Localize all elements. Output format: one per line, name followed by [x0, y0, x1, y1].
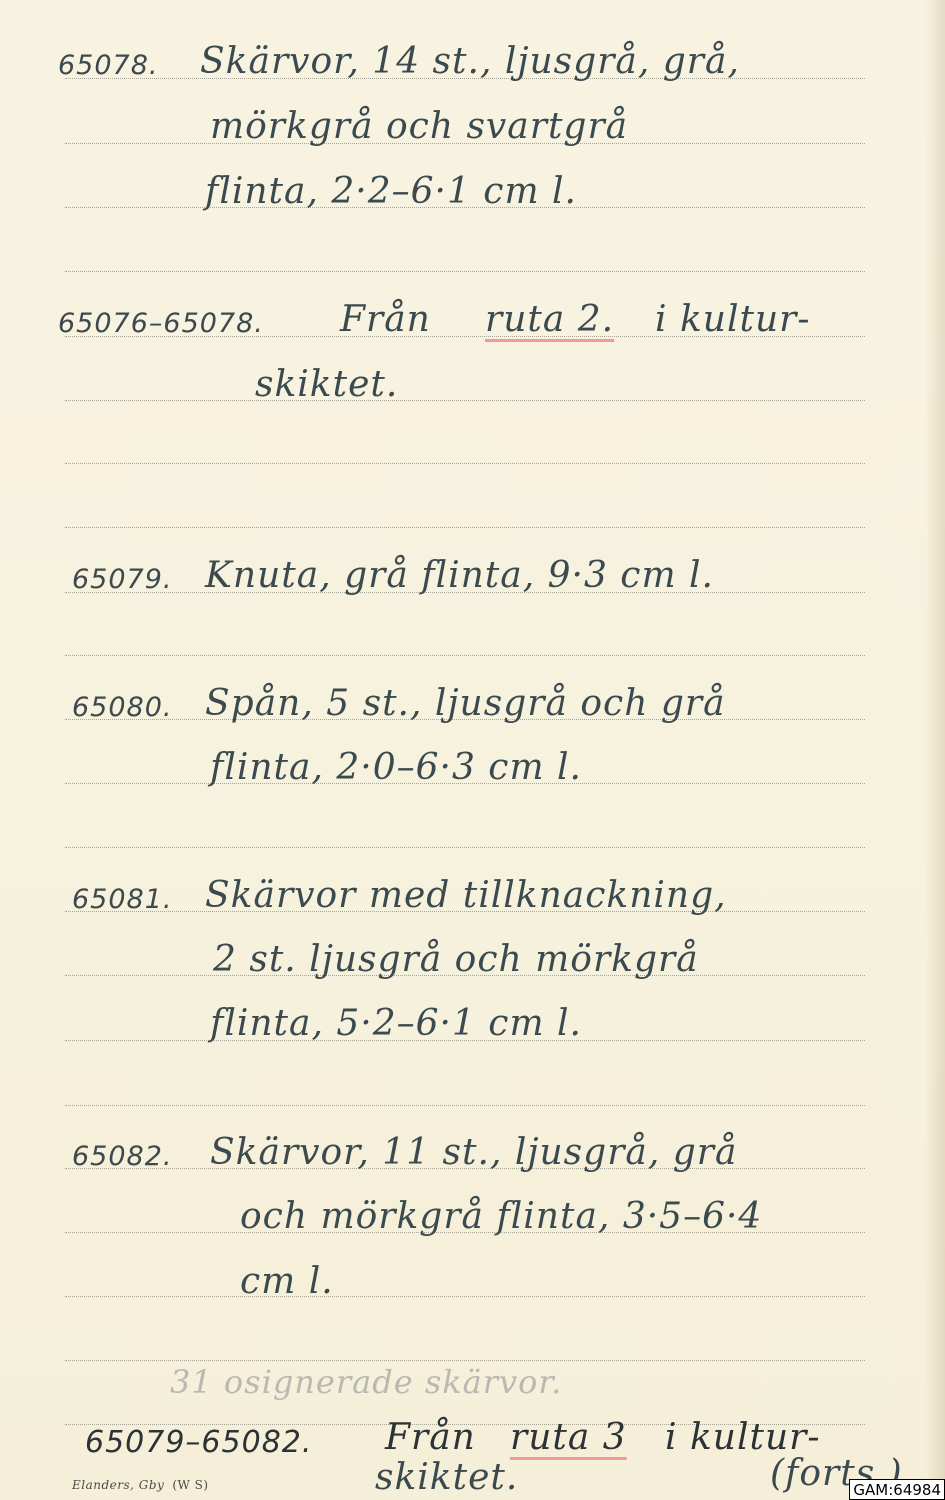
entry-line: flinta, 5·2–6·1 cm l. [210, 1006, 582, 1042]
highlighted-location: ruta 2. [485, 302, 614, 338]
entry-line: cm l. [240, 1264, 334, 1300]
printer-code: (W S) [172, 1478, 208, 1492]
ruled-line [65, 271, 865, 272]
entry-line: Spån, 5 st., ljusgrå och grå [205, 686, 726, 722]
pencil-note: 31 osignerade skärvor. [170, 1366, 562, 1398]
entry-line: i kultur- [655, 302, 811, 338]
catalogue-number: 65080. [72, 694, 172, 721]
catalogue-number: 65079. [72, 566, 172, 593]
entry-line: och mörkgrå flinta, 3·5–6·4 [240, 1199, 762, 1235]
printer-name: Elanders, Gby [72, 1478, 164, 1492]
entry-line: flinta, 2·0–6·3 cm l. [210, 750, 582, 786]
catalogue-number: 65082. [72, 1143, 172, 1170]
ruled-line [65, 527, 865, 528]
catalogue-number: 65079–65082. [85, 1428, 312, 1458]
entry-line: Från [385, 1420, 476, 1456]
entry-line: Skärvor, 14 st., ljusgrå, grå, [200, 44, 740, 80]
catalogue-number: 65081. [72, 886, 172, 913]
entry-line: Skärvor med tillknackning, [205, 878, 727, 914]
entry-line: mörkgrå och svartgrå [210, 109, 628, 145]
catalogue-number: 65076–65078. [58, 310, 264, 337]
ruled-line [65, 463, 865, 464]
printer-mark: Elanders, Gby(W S) [72, 1478, 209, 1492]
entry-line: skiktet. [255, 367, 398, 403]
catalogue-card: 65078. Skärvor, 14 st., ljusgrå, grå, mö… [0, 0, 945, 1500]
ruled-line [65, 847, 865, 848]
entry-line: Från [340, 302, 431, 338]
entry-line: flinta, 2·2–6·1 cm l. [205, 174, 577, 210]
highlighted-location: ruta 3 [510, 1420, 627, 1456]
entry-line: skiktet. [375, 1460, 518, 1496]
catalogue-number: 65078. [58, 52, 158, 79]
ruled-line [65, 1105, 865, 1106]
ruled-line [65, 1296, 865, 1297]
entry-line: Skärvor, 11 st., ljusgrå, grå [210, 1135, 737, 1171]
archive-id-label: GAM:64984 [849, 1479, 945, 1500]
entry-line: 2 st. ljusgrå och mörkgrå [213, 942, 699, 978]
ruled-line [65, 400, 865, 401]
entry-line: i kultur- [665, 1420, 821, 1456]
ruled-line [65, 1360, 865, 1361]
entry-line: Knuta, grå flinta, 9·3 cm l. [205, 558, 714, 594]
ruled-line [65, 655, 865, 656]
